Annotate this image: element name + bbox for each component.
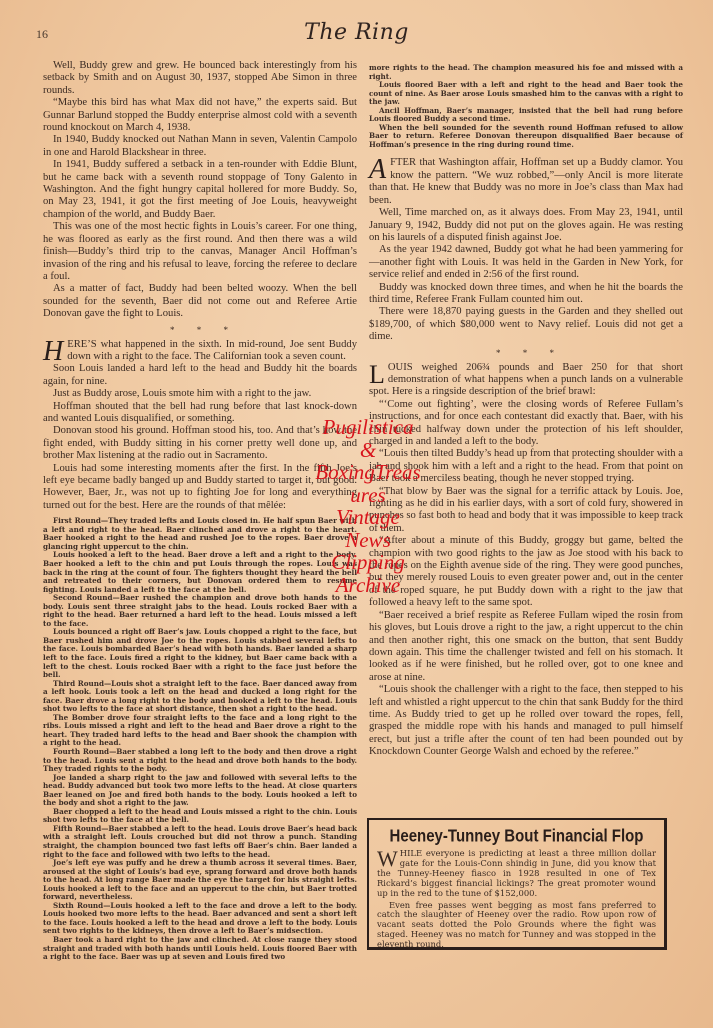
round-by-round-list: First Round—They traded lefts and Louis … bbox=[43, 517, 357, 961]
round-text: Joe’s left eye was puffy and he drew a t… bbox=[43, 858, 357, 901]
article-paragraph: “Maybe this bird has what Max did not ha… bbox=[43, 97, 357, 134]
section-opening-paragraph: HERE’S what happened in the sixth. In mi… bbox=[43, 339, 357, 364]
masthead: The Ring bbox=[0, 20, 713, 45]
round-text: Louis hooked a left to the head. Baer dr… bbox=[43, 550, 357, 593]
quote-paragraph: “Louis shook the challenger with a right… bbox=[369, 684, 683, 758]
round-paragraph: Joe’s left eye was puffy and he drew a t… bbox=[43, 859, 357, 902]
article-paragraph: This was one of the most hectic fights i… bbox=[43, 221, 357, 283]
round-paragraph: Third Round—Louis shot a straight left t… bbox=[43, 680, 357, 714]
round-text: Baer took a hard right to the jaw and cl… bbox=[43, 935, 357, 961]
paragraph-text: FTER that Washington affair, Hoffman set… bbox=[369, 157, 683, 205]
section-opening-paragraph: AFTER that Washington affair, Hoffman se… bbox=[369, 157, 683, 207]
sidebar-paragraph: Even free passes went begging as most fa… bbox=[377, 901, 656, 951]
quote-paragraph: “Louis then tilted Buddy’s head up from … bbox=[369, 448, 683, 485]
paragraph-text: OUIS weighed 206¾ pounds and Baer 250 fo… bbox=[369, 362, 683, 398]
section-separator: * * * bbox=[51, 325, 357, 335]
right-column: more rights to the head. The champion me… bbox=[369, 64, 683, 759]
sidebar-paragraph: WHILE everyone is predicting at least a … bbox=[377, 849, 656, 899]
quote-paragraph: “‘Come out fighting’, were the closing w… bbox=[369, 399, 683, 449]
article-paragraph: In 1940, Buddy knocked out Nathan Mann i… bbox=[43, 134, 357, 159]
article-paragraph: In 1941, Buddy suffered a setback in a t… bbox=[43, 159, 357, 221]
article-paragraph: Buddy was knocked down three times, and … bbox=[369, 282, 683, 307]
round-paragraph: Baer chopped a left to the head and Loui… bbox=[43, 808, 357, 825]
article-paragraph: Soon Louis landed a hard left to the hea… bbox=[43, 363, 357, 388]
round-paragraph: more rights to the head. The champion me… bbox=[369, 64, 683, 81]
round-paragraph: Fourth Round—Baer stabbed a long left to… bbox=[43, 748, 357, 774]
left-column: Well, Buddy grew and grew. He bounced ba… bbox=[43, 60, 357, 962]
quote-paragraph: “Baer received a brief respite as Refere… bbox=[369, 610, 683, 684]
round-paragraph: When the bell sounded for the seventh ro… bbox=[369, 124, 683, 150]
round-paragraph: Louis floored Baer with a left and right… bbox=[369, 81, 683, 107]
round-paragraph: Fifth Round—Baer stabbed a left to the h… bbox=[43, 825, 357, 859]
quote-paragraph: “After about a minute of this Buddy, gro… bbox=[369, 535, 683, 609]
sidebar-title: Heeney-Tunney Bout Financial Flop bbox=[377, 827, 656, 847]
section-separator: * * * bbox=[377, 348, 683, 358]
round-paragraph: Joe landed a sharp right to the jaw and … bbox=[43, 774, 357, 808]
paragraph-text: HILE everyone is predicting at least a t… bbox=[377, 848, 656, 898]
round-paragraph: Second Round—Baer rushed the champion an… bbox=[43, 594, 357, 628]
round-paragraph: First Round—They traded lefts and Louis … bbox=[43, 517, 357, 551]
article-paragraph: Hoffman shouted that the bell had rung b… bbox=[43, 401, 357, 426]
round-paragraph: Louis bounced a right off Baer’s jaw. Lo… bbox=[43, 628, 357, 679]
drop-cap: H bbox=[43, 341, 63, 363]
round-paragraph: The Bomber drove four straight lefts to … bbox=[43, 714, 357, 748]
round-text: Joe landed a sharp right to the jaw and … bbox=[43, 773, 357, 808]
round-text: Louis bounced a right off Baer’s jaw. Lo… bbox=[43, 627, 357, 679]
article-paragraph: Well, Buddy grew and grew. He bounced ba… bbox=[43, 60, 357, 97]
article-paragraph: As the year 1942 dawned, Buddy got what … bbox=[369, 244, 683, 281]
article-paragraph: As a matter of fact, Buddy had been belt… bbox=[43, 283, 357, 320]
article-paragraph: Louis had some interesting moments after… bbox=[43, 463, 357, 513]
article-paragraph: Just as Buddy arose, Louis smote him wit… bbox=[43, 388, 357, 400]
round-paragraph: Louis hooked a left to the head. Baer dr… bbox=[43, 551, 357, 594]
article-paragraph: Donovan stood his ground. Hoffman stood … bbox=[43, 425, 357, 462]
paragraph-text: ERE’S what happened in the sixth. In mid… bbox=[67, 339, 357, 362]
article-paragraph: Well, Time marched on, as it always does… bbox=[369, 207, 683, 244]
sidebar-box: Heeney-Tunney Bout Financial Flop WHILE … bbox=[367, 818, 667, 950]
section-opening-paragraph: LOUIS weighed 206¾ pounds and Baer 250 f… bbox=[369, 362, 683, 399]
round-text: Baer chopped a left to the head and Loui… bbox=[43, 807, 357, 825]
round-paragraph: Ancil Hoffman, Baer’s manager, insisted … bbox=[369, 107, 683, 124]
round-text: The Bomber drove four straight lefts to … bbox=[43, 713, 357, 748]
drop-cap: A bbox=[369, 159, 386, 181]
round-paragraph: Baer took a hard right to the jaw and cl… bbox=[43, 936, 357, 962]
drop-cap: L bbox=[369, 364, 385, 386]
round-paragraph: Sixth Round—Louis hooked a left to the f… bbox=[43, 902, 357, 936]
drop-cap: W bbox=[377, 850, 398, 868]
quote-paragraph: “That blow by Baer was the signal for a … bbox=[369, 486, 683, 536]
article-paragraph: There were 18,870 paying guests in the G… bbox=[369, 306, 683, 343]
